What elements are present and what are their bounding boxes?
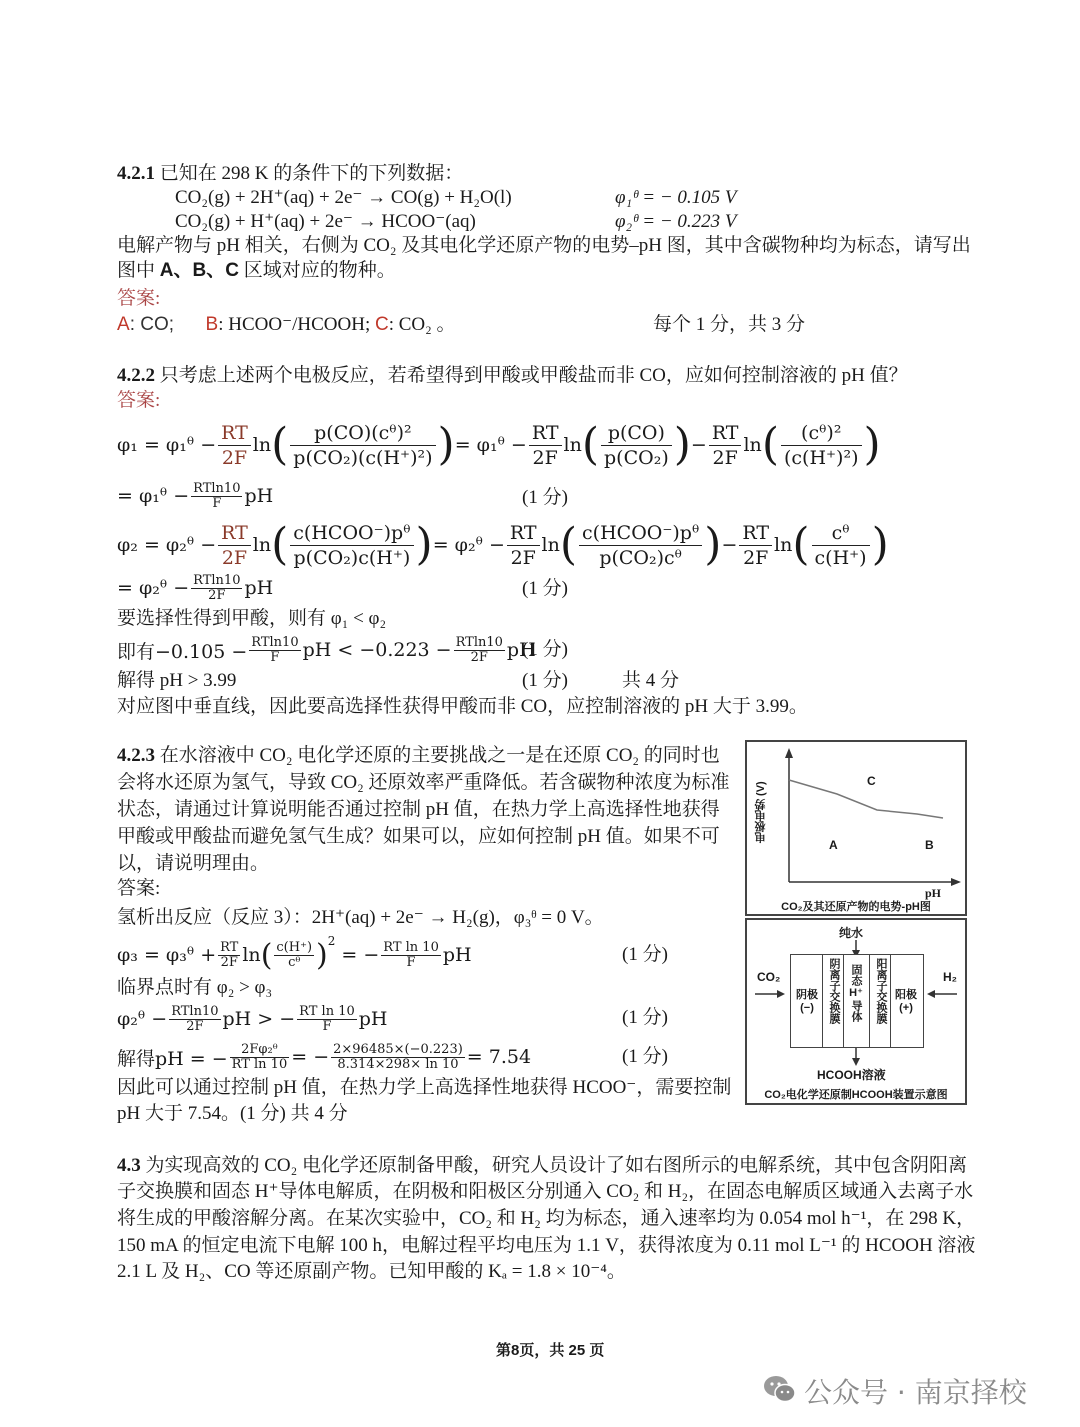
score: (1 分) <box>622 1006 668 1030</box>
paren: ( <box>261 938 273 973</box>
numerator: RT <box>218 421 251 446</box>
fraction: 2Fφ₂ᶿRT ln 10 <box>230 1043 290 1072</box>
q423-line-4: 甲酸或甲酸盐而避免氢气生成？如果可以，应如何控制 pH 值。如果不可 <box>117 825 720 849</box>
ln: ln <box>564 434 582 456</box>
region-a-label: A <box>829 838 838 852</box>
numerator: RT <box>739 521 772 546</box>
q43-line-3: 将生成的甲酸溶解分离。在某次实验中，CO₂ 和 H₂ 均为标态，通入速率均为 0… <box>117 1207 975 1231</box>
eq-text: − <box>691 434 707 456</box>
answer-b-value: : HCOO⁻/HCOOH; <box>218 314 370 335</box>
q43-line-2: 子交换膜和固态 H⁺导体电解质，在阴极和阳极区分别通入 CO₂ 和 H₂，在固态… <box>117 1180 973 1204</box>
ln: ln <box>774 534 792 556</box>
q423-inequality: φ₂ᶿ − RTln102F pH > − RT ln 10F pH <box>117 998 387 1040</box>
eq-text: = 7.54 <box>467 1046 531 1068</box>
text: 图中 <box>117 260 160 281</box>
paren: ( <box>271 523 288 567</box>
q423-line-5: 以，请说明理由。 <box>117 852 269 876</box>
q422-selectivity-condition: 要选择性得到甲酸，则有 φ₁ < φ₂ <box>117 607 386 631</box>
q423-her-reaction: 氢析出反应（反应 3）：2H⁺(aq) + 2e⁻ → H₂(g)，φ₃ᶿ = … <box>117 906 604 930</box>
solid-h-conductor-label: 固态 H⁺ 导体 <box>844 964 868 1022</box>
anode-label: 阳极 (+) <box>890 986 922 1014</box>
equation-phi1-simplified: = φ₁ᶿ − RTln10F pH <box>117 476 273 516</box>
text: 固态 <box>849 964 863 986</box>
q423-solution: 解得pH = − 2Fφ₂ᶿRT ln 10 = − 2×96485×(−0.2… <box>117 1036 531 1078</box>
answer-c-key: C <box>375 314 389 335</box>
score: (1 分) <box>522 669 568 693</box>
q421-answer: A: CO; B: HCOO⁻/HCOOH; C: CO₂ 。 <box>117 313 456 337</box>
q43-line-4: 150 mA 的恒定电流下电解 100 h，电解过程平均电压为 1.1 V，获得… <box>117 1234 975 1258</box>
eq-text: = φ₂ᶿ − <box>117 577 189 599</box>
paren: ( <box>271 423 288 467</box>
numerator: c(H⁺) <box>274 941 314 956</box>
q421-potential-1: φ₁ᶿ = − 0.105 V <box>615 186 737 210</box>
paren: ( <box>560 523 577 567</box>
paren: ) <box>704 523 721 567</box>
watermark-text: 公众号 · 南京择校 <box>804 1371 1027 1411</box>
text: 在水溶液中 CO₂ 电化学还原的主要挑战之一是在还原 CO₂ 的同时也 <box>155 745 720 766</box>
numerator: RTln10 <box>191 482 242 497</box>
q421-reaction-2: CO₂(g) + H⁺(aq) + 2e⁻ → HCOO⁻(aq) <box>175 210 476 234</box>
q421-potential-2: φ₂ᶿ = − 0.223 V <box>615 210 737 234</box>
q43-line-5: 2.1 L 及 H₂、CO 等还原副产物。已知甲酸的 Kₐ = 1.8 × 10… <box>117 1260 626 1284</box>
paren: ( <box>792 523 809 567</box>
fraction: RT2F <box>218 421 251 470</box>
fraction: c(HCOO⁻)pᶿp(CO₂)c(H⁺) <box>290 521 413 570</box>
cation-membrane-label: 阳离子交换膜 <box>870 958 888 1024</box>
q43-number: 4.3 <box>117 1155 141 1176</box>
eq-text: φ₃ = φ₃ᶿ + <box>117 944 216 966</box>
eq-text: pH <box>359 1008 388 1030</box>
denominator: (c(H⁺)²) <box>781 446 862 470</box>
eq-text: φ₂ᶿ − <box>117 1008 167 1030</box>
paren: ( <box>762 423 779 467</box>
ln: ln <box>253 534 271 556</box>
numerator: RT <box>709 421 742 446</box>
eq-text: = φ₁ᶿ − <box>117 485 189 507</box>
eq-text: pH < −0.223 − <box>303 639 452 661</box>
score: (1 分) <box>522 486 568 510</box>
figure1-caption: CO₂及其还原产物的电势-pH图 <box>747 898 965 914</box>
numerator: (cᶿ)² <box>781 421 862 446</box>
q43-line-1: 4.3 为实现高效的 CO₂ 电化学还原制备甲酸，研究人员设计了如右图所示的电解… <box>117 1154 967 1178</box>
anode-sign: (+) <box>890 1002 922 1014</box>
numerator: RTln10 <box>191 574 242 589</box>
q423-conclusion-line-2: pH 大于 7.54。(1 分) 共 4 分 <box>117 1102 348 1126</box>
denominator: 2F <box>739 546 772 570</box>
figure2-caption: CO₂电化学还原制HCOOH装置示意图 <box>747 1086 965 1102</box>
denominator: 2F <box>218 446 251 470</box>
denominator: RT ln 10 <box>230 1058 290 1072</box>
answer-c-value: : CO₂ 。 <box>389 314 456 335</box>
equation-phi2-simplified: = φ₂ᶿ − RTln102F pH <box>117 568 273 608</box>
answer-b-key: B <box>206 314 219 335</box>
q423-critical-condition: 临界点时有 φ₂ > φ₃ <box>117 976 272 1000</box>
eq-text: pH > − <box>223 1008 296 1030</box>
eq-text: φ₂ = φ₂ᶿ − <box>117 534 216 556</box>
wechat-icon <box>762 1372 798 1411</box>
numerator: RT ln 10 <box>381 941 441 956</box>
denominator: F <box>297 1020 357 1034</box>
h2-inlet-label: H₂ <box>943 970 957 984</box>
denominator: F <box>249 651 300 665</box>
anode-text: 阳极 <box>890 986 922 1002</box>
fraction: cᶿc(H⁺) <box>812 521 870 570</box>
q422-title-text: 只考虑上述两个电极反应，若希望得到甲酸或甲酸盐而非 CO，应如何控制溶液的 pH… <box>155 365 908 386</box>
q423-number: 4.2.3 <box>117 745 155 766</box>
eq-text: = − <box>291 1046 329 1068</box>
fraction: RTln102F <box>454 636 505 665</box>
page-number: 第8页，共 25 页 <box>496 1339 604 1360</box>
eq-text: 即有−0.105 − <box>117 637 247 664</box>
paren: ) <box>416 523 433 567</box>
numerator: RTln10 <box>169 1005 220 1020</box>
fraction: RTln102F <box>169 1005 220 1034</box>
paren: ) <box>438 423 455 467</box>
numerator: RT <box>529 421 562 446</box>
denominator: 8.314×298× ln 10 <box>331 1058 465 1072</box>
q421-score: 每个 1 分，共 3 分 <box>653 313 805 337</box>
numerator: 2Fφ₂ᶿ <box>230 1043 290 1058</box>
score: (1 分) <box>622 943 668 967</box>
fraction: (cᶿ)²(c(H⁺)²) <box>781 421 862 470</box>
electrolysis-cell-diagram: 纯水 CO₂ H₂ 阴极 (−) 阴离子交换膜 固态 H⁺ 导体 阳离子交换膜 … <box>745 918 967 1105</box>
fraction: RTln102F <box>191 574 242 603</box>
fraction: RTln10F <box>249 636 300 665</box>
denominator: 2F <box>191 589 242 603</box>
ln: ln <box>242 944 260 966</box>
eq-text: pH <box>244 485 273 507</box>
q422-title: 4.2.2 只考虑上述两个电极反应，若希望得到甲酸或甲酸盐而非 CO，应如何控制… <box>117 364 908 388</box>
ln: ln <box>542 534 560 556</box>
paren: ) <box>674 423 691 467</box>
region-b-label: B <box>925 838 934 852</box>
fraction: RT2F <box>218 941 240 970</box>
paren: ) <box>872 523 889 567</box>
fraction: 2×96485×(−0.223)8.314×298× ln 10 <box>331 1043 465 1072</box>
q422-number: 4.2.2 <box>117 365 155 386</box>
cathode-text: 阴极 <box>790 986 824 1002</box>
ln: ln <box>253 434 271 456</box>
fraction: RTln10F <box>191 482 242 511</box>
q422-conclusion: 对应图中垂直线，因此要高选择性获得甲酸而非 CO，应控制溶液的 pH 大于 3.… <box>117 695 808 719</box>
q423-line-1: 4.2.3 在水溶液中 CO₂ 电化学还原的主要挑战之一是在还原 CO₂ 的同时… <box>117 744 720 768</box>
equation-phi1: φ₁ = φ₁ᶿ − RT2F ln ( p(CO)(cᶿ)²p(CO₂)(c(… <box>117 415 881 475</box>
hcooh-solution-outlet-label: HCOOH溶液 <box>817 1066 886 1083</box>
numerator: RT <box>218 521 251 546</box>
eq-text: φ₁ = φ₁ᶿ − <box>117 434 216 456</box>
denominator: p(CO₂)(c(H⁺)²) <box>290 446 435 470</box>
eq-text: = − <box>341 944 379 966</box>
fraction: RT ln 10F <box>381 941 441 970</box>
q421-reaction-1: CO₂(g) + 2H⁺(aq) + 2e⁻ → CO(g) + H₂O(l) <box>175 186 512 210</box>
q421-title: 4.2.1 已知在 298 K 的条件下的下列数据： <box>117 162 463 186</box>
eq-text: 解得pH = − <box>117 1044 228 1071</box>
answer-a-key: A <box>117 314 130 335</box>
numerator: c(HCOO⁻)pᶿ <box>579 521 702 546</box>
score: (1 分) <box>622 1045 668 1069</box>
eq-text: pH <box>443 944 472 966</box>
answer-a-value: : CO; <box>130 314 174 335</box>
fraction: RT2F <box>218 521 251 570</box>
eq-text: − <box>721 534 737 556</box>
q422-total: 共 4 分 <box>622 669 679 693</box>
numerator: c(HCOO⁻)pᶿ <box>290 521 413 546</box>
fraction: RT2F <box>739 521 772 570</box>
q422-solution: 解得 pH > 3.99 <box>117 669 236 693</box>
q423-line-2: 会将水还原为氢气，导致 CO₂ 还原效率严重降低。若含碳物种浓度为标准 <box>117 771 730 795</box>
paren: ) <box>864 423 881 467</box>
equation-phi3: φ₃ = φ₃ᶿ + RT2F ln ( c(H⁺)cᶿ )2 = − RT l… <box>117 930 472 980</box>
fraction: RT2F <box>507 521 540 570</box>
denominator: F <box>191 497 242 511</box>
eq-text: pH <box>244 577 273 599</box>
denominator: 2F <box>218 546 251 570</box>
q421-number: 4.2.1 <box>117 163 155 184</box>
q423-line-3: 状态，请通过计算说明能否通过控制 pH 值，在热力学上高选择性地获得 <box>117 798 720 822</box>
q423-conclusion-line-1: 因此可以通过控制 pH 值，在热力学上高选择性地获得 HCOO⁻，需要控制 <box>117 1076 731 1100</box>
q421-title-text: 已知在 298 K 的条件下的下列数据： <box>160 163 463 184</box>
cathode-sign: (−) <box>790 1002 824 1014</box>
q423-answer-label: 答案: <box>117 877 160 901</box>
potential-ph-diagram: 电极电势 (V) C A B pH CO₂及其还原产物的电势-pH图 <box>745 740 967 916</box>
denominator: 2F <box>507 546 540 570</box>
denominator: c(H⁺) <box>812 546 870 570</box>
denominator: p(CO₂) <box>601 446 672 470</box>
y-axis-label: 电极电势 (V) <box>753 772 779 852</box>
numerator: 2×96485×(−0.223) <box>331 1043 465 1058</box>
denominator: 2F <box>709 446 742 470</box>
paren: ) <box>316 938 328 973</box>
ln: ln <box>743 434 761 456</box>
numerator: RT ln 10 <box>297 1005 357 1020</box>
score: (1 分) <box>522 577 568 601</box>
numerator: p(CO) <box>601 421 672 446</box>
numerator: RT <box>507 521 540 546</box>
paren: ( <box>582 423 599 467</box>
text: 为实现高效的 CO₂ 电化学还原制备甲酸，研究人员设计了如右图所示的电解系统，其… <box>141 1155 967 1176</box>
numerator: RTln10 <box>454 636 505 651</box>
fraction: c(HCOO⁻)pᶿp(CO₂)cᶿ <box>579 521 702 570</box>
eq-text: = φ₁ᶿ − <box>455 434 527 456</box>
denominator: 2F <box>169 1020 220 1034</box>
score: (1 分) <box>522 638 568 662</box>
text: 区域对应的物种。 <box>239 260 396 281</box>
equation-phi2: φ₂ = φ₂ᶿ − RT2F ln ( c(HCOO⁻)pᶿp(CO₂)c(H… <box>117 515 889 575</box>
fraction: RT2F <box>709 421 742 470</box>
denominator: cᶿ <box>274 956 314 970</box>
cathode-label: 阴极 (−) <box>790 986 824 1014</box>
denominator: p(CO₂)c(H⁺) <box>290 546 413 570</box>
q421-desc-line-2: 图中 A、B、C 区域对应的物种。 <box>117 259 396 283</box>
numerator: cᶿ <box>812 521 870 546</box>
fraction: RT ln 10F <box>297 1005 357 1034</box>
text: 导体 <box>849 1000 863 1022</box>
eq-text: = φ₂ᶿ − <box>433 534 505 556</box>
q421-answer-label: 答案: <box>117 287 160 311</box>
numerator: RTln10 <box>249 636 300 651</box>
denominator: F <box>381 956 441 970</box>
numerator: p(CO)(cᶿ)² <box>290 421 435 446</box>
denominator: 2F <box>529 446 562 470</box>
numerator: RT <box>218 941 240 956</box>
denominator: p(CO₂)cᶿ <box>579 546 702 570</box>
anion-membrane-label: 阴离子交换膜 <box>823 958 841 1024</box>
co2-inlet-label: CO₂ <box>757 970 780 984</box>
q422-answer-label: 答案: <box>117 389 160 413</box>
q422-inequality: 即有−0.105 − RTln10F pH < −0.223 − RTln102… <box>117 630 536 670</box>
region-c-label: C <box>867 774 876 788</box>
fraction: p(CO)(cᶿ)²p(CO₂)(c(H⁺)²) <box>290 421 435 470</box>
denominator: 2F <box>218 956 240 970</box>
denominator: 2F <box>454 651 505 665</box>
fraction: p(CO)p(CO₂) <box>601 421 672 470</box>
fraction: RT2F <box>529 421 562 470</box>
abc-labels: A、B、C <box>160 260 239 281</box>
fraction: c(H⁺)cᶿ <box>274 941 314 970</box>
text: H⁺ <box>844 986 868 1000</box>
exponent: 2 <box>328 934 336 948</box>
q421-desc-line-1: 电解产物与 pH 相关，右侧为 CO₂ 及其电化学还原产物的电势–pH 图，其中… <box>117 234 971 258</box>
